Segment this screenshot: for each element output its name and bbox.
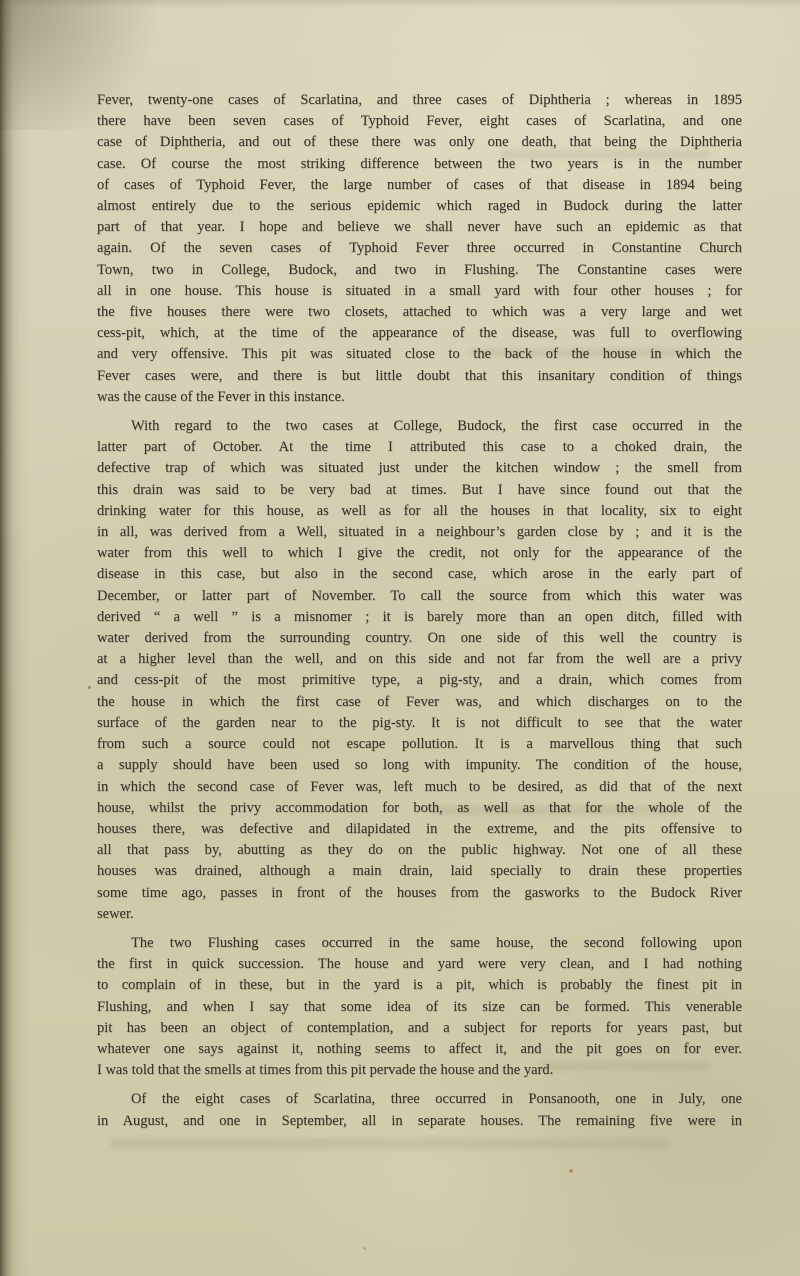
text-line: disease in this case, but also in the se… bbox=[97, 564, 742, 585]
text-line: there have been seven cases of Typhoid F… bbox=[97, 111, 742, 132]
text-line: Town, two in College, Budock, and two in… bbox=[97, 260, 742, 281]
text-line: all in one house. This house is situated… bbox=[97, 281, 742, 302]
text-line: to complain of in these, but in the yard… bbox=[97, 975, 742, 996]
text-line: was the cause of the Fever in this insta… bbox=[97, 387, 742, 408]
scanned-page: Fever, twenty-one cases of Scarlatina, a… bbox=[0, 0, 800, 1276]
text-line: from such a source could not escape poll… bbox=[97, 734, 742, 755]
paragraph: With regard to the two cases at College,… bbox=[97, 416, 742, 925]
text-line: Of the eight cases of Scarlatina, three … bbox=[97, 1089, 742, 1110]
text-line: almost entirely due to the serious epide… bbox=[97, 196, 742, 217]
page-left-edge-shadow bbox=[0, 0, 32, 1276]
text-line: Flushing, and when I say that some idea … bbox=[97, 997, 742, 1018]
text-line: I was told that the smells at times from… bbox=[97, 1060, 742, 1081]
text-line: house, whilst the privy accommodation fo… bbox=[97, 798, 742, 819]
show-through-smudge bbox=[110, 1138, 670, 1149]
text-line: in August, and one in September, all in … bbox=[97, 1111, 742, 1132]
text-line: at a higher level than the well, and on … bbox=[97, 649, 742, 670]
text-line: case of Diphtheria, and out of these the… bbox=[97, 132, 742, 153]
text-line: the five houses there were two closets, … bbox=[97, 302, 742, 323]
text-line: pit has been an object of contemplation,… bbox=[97, 1018, 742, 1039]
text-line: of cases of Typhoid Fever, the large num… bbox=[97, 175, 742, 196]
text-line: the house in which the first case of Fev… bbox=[97, 692, 742, 713]
paragraph: Fever, twenty-one cases of Scarlatina, a… bbox=[97, 90, 742, 408]
text-line: defective trap of which was situated jus… bbox=[97, 458, 742, 479]
paragraph: The two Flushing cases occurred in the s… bbox=[97, 933, 742, 1081]
text-line: all that pass by, abutting as they do on… bbox=[97, 840, 742, 861]
text-line: part of that year. I hope and believe we… bbox=[97, 217, 742, 238]
paper-speck bbox=[363, 1247, 366, 1250]
text-line: the first in quick succession. The house… bbox=[97, 954, 742, 975]
paper-speck bbox=[569, 1169, 573, 1173]
text-line: water derived from the surrounding count… bbox=[97, 628, 742, 649]
text-line: houses was drained, although a main drai… bbox=[97, 861, 742, 882]
text-line: and cess-pit of the most primitive type,… bbox=[97, 670, 742, 691]
text-line: case. Of course the most striking differ… bbox=[97, 154, 742, 175]
text-line: in all, was derived from a Well, situate… bbox=[97, 522, 742, 543]
text-line: whatever one says against it, nothing se… bbox=[97, 1039, 742, 1060]
text-line: latter part of October. At the time I at… bbox=[97, 437, 742, 458]
text-line: Fever, twenty-one cases of Scarlatina, a… bbox=[97, 90, 742, 111]
text-line: again. Of the seven cases of Typhoid Fev… bbox=[97, 238, 742, 259]
text-line: derived “ a well ” is a misnomer ; it is… bbox=[97, 607, 742, 628]
text-line: some time ago, passes in front of the ho… bbox=[97, 883, 742, 904]
text-line: Fever cases were, and there is but littl… bbox=[97, 366, 742, 387]
document-body: Fever, twenty-one cases of Scarlatina, a… bbox=[97, 90, 742, 1132]
text-line: this drain was said to be very bad at ti… bbox=[97, 480, 742, 501]
text-line: The two Flushing cases occurred in the s… bbox=[97, 933, 742, 954]
text-line: in which the second case of Fever was, l… bbox=[97, 777, 742, 798]
text-line: sewer. bbox=[97, 904, 742, 925]
text-line: cess-pit, which, at the time of the appe… bbox=[97, 323, 742, 344]
text-line: a supply should have been used so long w… bbox=[97, 755, 742, 776]
text-line: December, or latter part of November. To… bbox=[97, 586, 742, 607]
text-line: and very offensive. This pit was situate… bbox=[97, 344, 742, 365]
text-line: With regard to the two cases at College,… bbox=[97, 416, 742, 437]
text-line: houses there, was defective and dilapida… bbox=[97, 819, 742, 840]
text-line: surface of the garden near to the pig-st… bbox=[97, 713, 742, 734]
text-line: water from this well to which I give the… bbox=[97, 543, 742, 564]
paper-speck bbox=[88, 686, 91, 689]
paragraph: Of the eight cases of Scarlatina, three … bbox=[97, 1089, 742, 1131]
text-line: drinking water for this house, as well a… bbox=[97, 501, 742, 522]
